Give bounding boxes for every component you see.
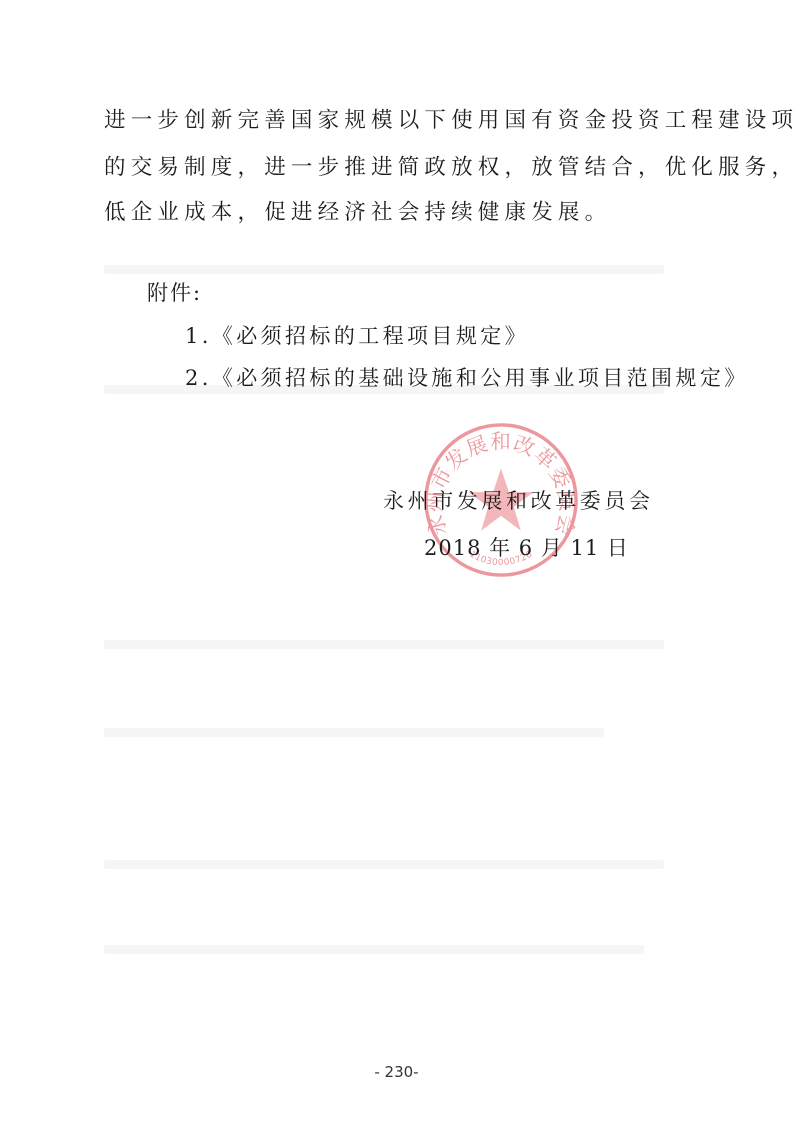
attachment-item: 2.《必须招标的基础设施和公用事业项目范围规定》 (185, 363, 749, 393)
body-text-line: 低企业成本，促进经济社会持续健康发展。 (104, 198, 611, 228)
body-text-line: 进一步创新完善国家规模以下使用国有资金投资工程建设项目 (104, 106, 793, 136)
issuing-organization: 永州市发展和改革委员会 (383, 486, 654, 516)
attachments-label: 附件: (147, 278, 202, 308)
document-page: 进一步创新完善国家规模以下使用国有资金投资工程建设项目 的交易制度，进一步推进简… (0, 0, 793, 1122)
show-through-text (104, 945, 644, 954)
page-number: - 230- (0, 1063, 793, 1081)
show-through-text (104, 265, 664, 274)
body-text-line: 的交易制度，进一步推进简政放权，放管结合，优化服务，降 (104, 153, 793, 183)
show-through-text (104, 640, 664, 649)
show-through-text (104, 728, 604, 737)
issue-date: 2018 年 6 月 11 日 (424, 533, 629, 563)
attachment-item: 1.《必须招标的工程项目规定》 (185, 321, 529, 351)
show-through-text (104, 860, 664, 869)
